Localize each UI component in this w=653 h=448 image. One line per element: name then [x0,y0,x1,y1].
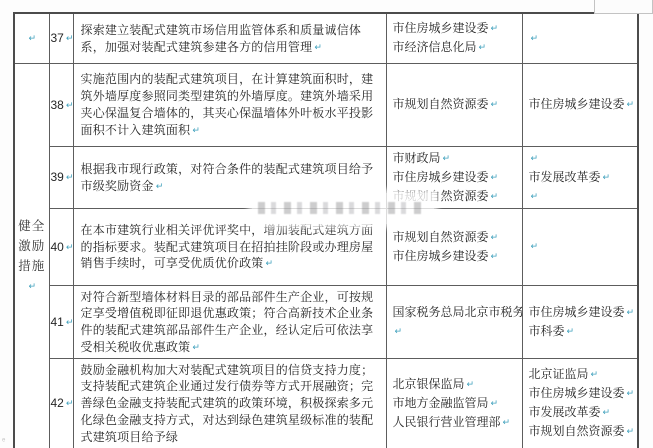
category-label-line: 健全 [17,216,47,236]
department-line: 市住房城乡建设委↵ [529,95,632,114]
row-number: 42↵ [49,358,73,448]
paragraph-mark: ↵ [467,379,475,389]
paragraph-mark: ↵ [28,33,37,43]
department-line: ↵ [529,149,632,168]
paragraph-mark: ↵ [567,326,575,336]
category-cell-merged: 健全激励措施↵ [14,63,49,448]
paragraph-mark: ↵ [491,23,499,33]
category-label-line: 激励 [17,236,47,256]
document-page: ↵37↵探索建立装配式建筑市场信用监管体系和质量诚信体系，加强对装配式建筑参建各… [0,0,653,448]
table-row: 健全激励措施↵38↵实施范围内的装配式建筑项目，在计算建筑面积时，建筑外墙厚度参… [14,63,638,146]
paragraph-mark: ↵ [531,241,539,251]
cooperating-departments: ↵市发展改革委↵↵ [522,146,638,208]
table-row: ↵37↵探索建立装配式建筑市场信用监管体系和质量诚信体系，加强对装配式建筑参建各… [14,13,638,63]
department-line: 市住房城乡建设委↵ [393,247,516,266]
measure-text: 对符合新型墙体材料目录的部品部件生产企业，可按规定享受增值税即征即退优惠政策；符… [73,285,386,358]
responsible-departments: 市规划自然资源委↵市住房城乡建设委↵ [386,208,522,285]
paragraph-mark: ↵ [443,153,451,163]
paragraph-mark: ↵ [192,342,200,352]
cooperating-departments: ↵ [522,13,638,63]
page-edge-artifact: ₑ [2,433,5,443]
row-number: 40↵ [49,208,73,285]
row-number: 37↵ [49,13,73,63]
department-line: 市发展改革委↵ [529,403,632,422]
clipped-cell-above [594,0,653,14]
row-number: 38↵ [49,63,73,146]
paragraph-mark: ↵ [491,99,499,109]
paragraph-mark: ↵ [156,181,164,191]
table-body: ↵37↵探索建立装配式建筑市场信用监管体系和质量诚信体系，加强对装配式建筑参建各… [14,13,638,448]
department-line: 市住房城乡建设委↵ [529,384,632,403]
measure-text: 实施范围内的装配式建筑项目，在计算建筑面积时，建筑外墙厚度参照同类型建筑的外墙厚… [73,63,386,146]
paragraph-mark: ↵ [491,172,499,182]
department-line: 北京证监局↵ [529,365,632,384]
department-line: 国家税务总局北京市税务局↵ [393,303,516,322]
paragraph-mark: ↵ [531,191,539,201]
paragraph-mark: ↵ [66,172,73,182]
paragraph-mark: ↵ [627,307,635,317]
responsible-departments: 市规划自然资源委↵ [386,63,522,146]
responsible-departments: 国家税务总局北京市税务局↵↵ [386,285,522,358]
department-line: 北京银保监局↵ [393,375,516,394]
department-line: 市经济信息化局↵ [393,38,516,57]
paragraph-mark: ↵ [66,242,73,252]
paragraph-mark: ↵ [591,369,599,379]
category-label-line: 措施↵ [17,256,47,296]
table-row: 39↵根据我市现行政策，对符合条件的装配式建筑项目给予市级奖励资金↵市财政局↵市… [14,146,638,208]
department-line: ↵ [529,187,632,206]
paragraph-mark: ↵ [531,33,539,43]
paragraph-mark: ↵ [192,125,200,135]
paragraph-mark: ↵ [491,191,499,201]
paragraph-mark: ↵ [66,33,73,43]
row-number: 39↵ [49,146,73,208]
measure-text: 在本市建筑行业相关评优评奖中，增加装配式建筑方面的指标要求。装配式建筑项目在招拍… [73,208,386,285]
department-line: 市住房城乡建设委↵ [393,19,516,38]
measure-text: 鼓励金融机构加大对装配式建筑项目的信贷支持力度；支持装配式建筑企业通过发行债券等… [73,358,386,448]
department-line: ↵ [529,29,632,48]
paragraph-mark: ↵ [266,258,274,268]
paragraph-mark: ↵ [491,232,499,242]
paragraph-mark: ↵ [603,172,611,182]
paragraph-mark: ↵ [603,407,611,417]
department-line: ↵ [393,322,516,341]
paragraph-mark: ↵ [627,99,635,109]
paragraph-mark: ↵ [491,251,499,261]
department-line: 市地方金融监管局↵ [393,394,516,413]
department-line: ↵ [529,237,632,256]
table-row: 42↵鼓励金融机构加大对装配式建筑项目的信贷支持力度；支持装配式建筑企业通过发行… [14,358,638,448]
paragraph-mark: ↵ [66,100,73,110]
paragraph-mark: ↵ [627,426,635,436]
department-line: 市住房城乡建设委↵ [529,303,632,322]
responsible-departments: 市财政局↵市住房城乡建设委↵市规划自然资源委↵ [386,146,522,208]
paragraph-mark: ↵ [66,398,73,408]
department-line: 市规划自然资源委↵ [393,228,516,247]
department-line: 市住房城乡建设委↵ [393,168,516,187]
responsible-departments: 市住房城乡建设委↵市经济信息化局↵ [386,13,522,63]
row-number: 41↵ [49,285,73,358]
department-line: 市规划自然资源委↵ [393,95,516,114]
department-line: 市发展改革委↵ [529,168,632,187]
cooperating-departments: ↵ [522,208,638,285]
cooperating-departments: 北京证监局↵市住房城乡建设委↵市发展改革委↵市规划自然资源委↵ [522,358,638,448]
table-row: 41↵对符合新型墙体材料目录的部品部件生产企业，可按规定享受增值税即征即退优惠政… [14,285,638,358]
department-line: 市规划自然资源委↵ [393,187,516,206]
paragraph-mark: ↵ [531,153,539,163]
paragraph-mark: ↵ [491,398,499,408]
paragraph-mark: ↵ [314,42,322,52]
paragraph-mark: ↵ [395,326,403,336]
responsible-departments: 北京银保监局↵市地方金融监管局↵人民银行营业管理部↵ [386,358,522,448]
department-line: 人民银行营业管理部↵ [393,413,516,432]
department-line: 市财政局↵ [393,149,516,168]
cooperating-departments: 市住房城乡建设委↵ [522,63,638,146]
measure-text: 探索建立装配式建筑市场信用监管体系和质量诚信体系，加强对装配式建筑参建各方的信用… [73,13,386,63]
department-line: 市科委↵ [529,322,632,341]
paragraph-mark: ↵ [28,281,37,291]
paragraph-mark: ↵ [479,42,487,52]
department-line: 市规划自然资源委↵ [529,422,632,441]
measure-text: 根据我市现行政策，对符合条件的装配式建筑项目给予市级奖励资金↵ [73,146,386,208]
paragraph-mark: ↵ [627,388,635,398]
paragraph-mark: ↵ [503,417,511,427]
paragraph-mark: ↵ [66,317,73,327]
measures-table: ↵37↵探索建立装配式建筑市场信用监管体系和质量诚信体系，加强对装配式建筑参建各… [13,12,639,448]
category-cell-empty: ↵ [14,13,49,63]
cooperating-departments: 市住房城乡建设委↵市科委↵ [522,285,638,358]
table-row: 40↵在本市建筑行业相关评优评奖中，增加装配式建筑方面的指标要求。装配式建筑项目… [14,208,638,285]
